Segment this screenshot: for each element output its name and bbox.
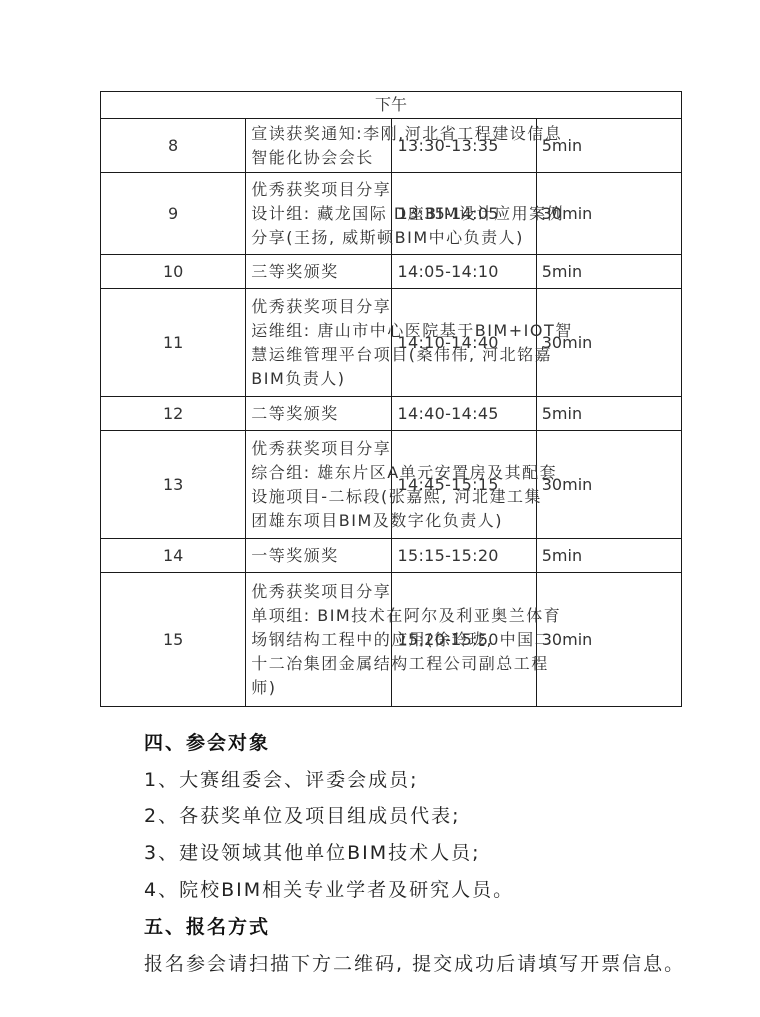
row-duration: 30min <box>536 573 681 707</box>
attendee-item: 3、建设领域其他单位BIM技术人员; <box>144 838 481 865</box>
table-row: 11优秀获奖项目分享运维组: 唐山市中心医院基于BIM+IOT智慧运维管理平台项… <box>101 289 682 397</box>
item-line: BIM负责人) <box>251 367 386 391</box>
row-duration: 5min <box>536 255 681 289</box>
row-number: 13 <box>101 431 246 539</box>
item-line: 优秀获奖项目分享 <box>251 437 386 461</box>
row-item: 优秀获奖项目分享综合组: 雄东片区A单元安置房及其配套设施项目-二标段(张嘉熙,… <box>246 431 391 539</box>
table-row: 9优秀获奖项目分享设计组: 藏龙国际 D座BIM设计应用案例分享(王扬, 威斯顿… <box>101 173 682 255</box>
row-time: 14:40-14:45 <box>391 397 536 431</box>
row-number: 15 <box>101 573 246 707</box>
attendee-item: 4、院校BIM相关专业学者及研究人员。 <box>144 875 514 902</box>
table-row: 12二等奖颁奖14:40-14:455min <box>101 397 682 431</box>
row-time: 14:10-14:40 <box>391 289 536 397</box>
table-header-row: 下午 <box>101 92 682 119</box>
row-time: 14:05-14:10 <box>391 255 536 289</box>
row-item: 二等奖颁奖 <box>246 397 391 431</box>
item-line: 设施项目-二标段(张嘉熙, 河北建工集 <box>251 485 386 509</box>
item-line: 优秀获奖项目分享 <box>251 580 386 604</box>
attendee-item: 2、各获奖单位及项目组成员代表; <box>144 801 461 828</box>
item-line: 综合组: 雄东片区A单元安置房及其配套 <box>251 461 386 485</box>
agenda-table: 下午 8宣读获奖通知:李刚,河北省工程建设信息智能化协会会长13:30-13:3… <box>100 91 682 707</box>
row-number: 11 <box>101 289 246 397</box>
item-line: 三等奖颁奖 <box>251 260 386 284</box>
row-duration: 30min <box>536 289 681 397</box>
item-line: 优秀获奖项目分享 <box>251 178 386 202</box>
attendee-item: 1、大赛组委会、评委会成员; <box>144 765 419 792</box>
item-line: 分享(王扬, 威斯顿BIM中心负责人) <box>251 226 386 250</box>
item-line: 师) <box>251 676 386 700</box>
item-line: 设计组: 藏龙国际 D座BIM设计应用案例 <box>251 202 386 226</box>
registration-text: 报名参会请扫描下方二维码, 提交成功后请填写开票信息。 <box>144 949 685 976</box>
row-duration: 30min <box>536 431 681 539</box>
item-line: 运维组: 唐山市中心医院基于BIM+IOT智 <box>251 319 386 343</box>
row-number: 12 <box>101 397 246 431</box>
row-item: 优秀获奖项目分享运维组: 唐山市中心医院基于BIM+IOT智慧运维管理平台项目(… <box>246 289 391 397</box>
attendees-heading: 四、参会对象 <box>144 728 270 755</box>
row-time: 15:15-15:20 <box>391 539 536 573</box>
registration-heading: 五、报名方式 <box>144 912 270 939</box>
row-number: 10 <box>101 255 246 289</box>
table-row: 14一等奖颁奖15:15-15:205min <box>101 539 682 573</box>
table-row: 10三等奖颁奖14:05-14:105min <box>101 255 682 289</box>
item-line: 优秀获奖项目分享 <box>251 295 386 319</box>
item-line: 二等奖颁奖 <box>251 402 386 426</box>
row-item: 三等奖颁奖 <box>246 255 391 289</box>
row-number: 14 <box>101 539 246 573</box>
row-number: 8 <box>101 119 246 173</box>
row-item: 宣读获奖通知:李刚,河北省工程建设信息智能化协会会长 <box>246 119 391 173</box>
item-line: 场钢结构工程中的应用(徐玲珑, 中国二 <box>251 628 386 652</box>
row-number: 9 <box>101 173 246 255</box>
item-line: 慧运维管理平台项目(桑伟伟, 河北铭嘉 <box>251 343 386 367</box>
afternoon-header: 下午 <box>101 92 682 119</box>
item-line: 智能化协会会长 <box>251 146 386 170</box>
item-line: 宣读获奖通知:李刚,河北省工程建设信息 <box>251 122 386 146</box>
row-item: 优秀获奖项目分享单项组: BIM技术在阿尔及利亚奥兰体育场钢结构工程中的应用(徐… <box>246 573 391 707</box>
table-row: 13优秀获奖项目分享综合组: 雄东片区A单元安置房及其配套设施项目-二标段(张嘉… <box>101 431 682 539</box>
row-item: 优秀获奖项目分享设计组: 藏龙国际 D座BIM设计应用案例分享(王扬, 威斯顿B… <box>246 173 391 255</box>
item-line: 团雄东项目BIM及数字化负责人) <box>251 509 386 533</box>
item-line: 一等奖颁奖 <box>251 544 386 568</box>
row-duration: 5min <box>536 539 681 573</box>
item-line: 单项组: BIM技术在阿尔及利亚奥兰体育 <box>251 604 386 628</box>
table-row: 15优秀获奖项目分享单项组: BIM技术在阿尔及利亚奥兰体育场钢结构工程中的应用… <box>101 573 682 707</box>
document-page: 下午 8宣读获奖通知:李刚,河北省工程建设信息智能化协会会长13:30-13:3… <box>0 0 760 1017</box>
row-item: 一等奖颁奖 <box>246 539 391 573</box>
row-duration: 30min <box>536 173 681 255</box>
table-row: 8宣读获奖通知:李刚,河北省工程建设信息智能化协会会长13:30-13:355m… <box>101 119 682 173</box>
item-line: 十二冶集团金属结构工程公司副总工程 <box>251 652 386 676</box>
row-duration: 5min <box>536 397 681 431</box>
